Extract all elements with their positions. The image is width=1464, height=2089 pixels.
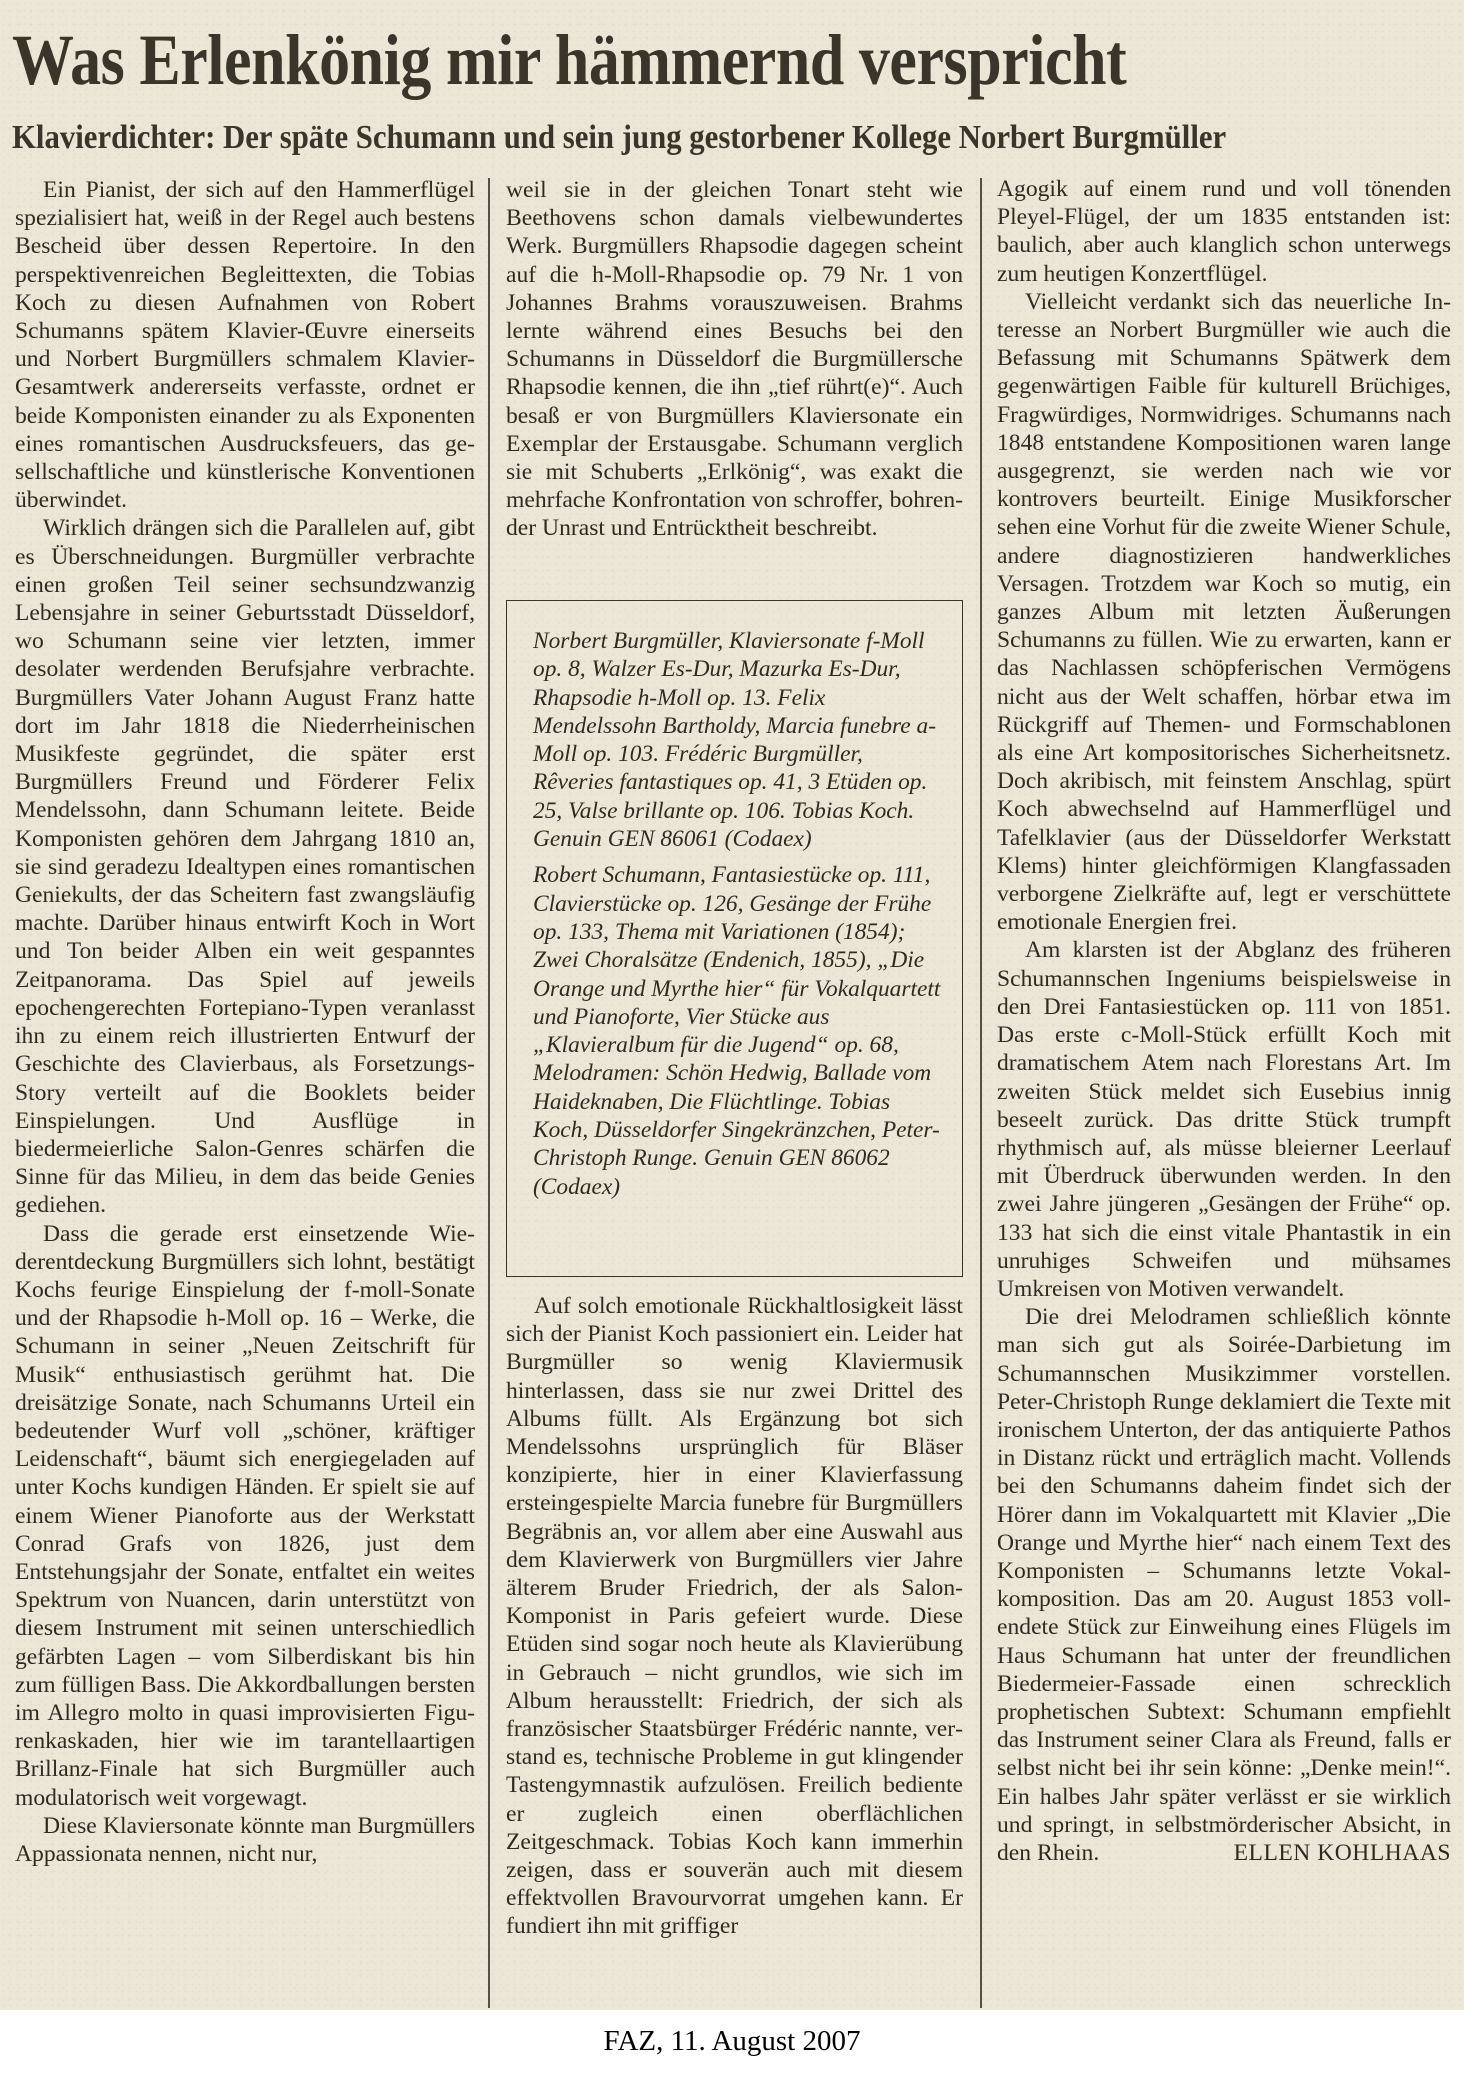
subheadline: Klavierdichter: Der späte Schumann und s… [12, 118, 1406, 158]
discography-entry: Robert Schumann, Fantasiestücke op. 111,… [533, 861, 944, 1201]
paragraph: Vielleicht verdankt sich das neuerliche … [997, 288, 1451, 937]
paragraph-with-byline: Die drei Melodramen schließlich könn­te … [997, 1303, 1451, 1867]
discography-box: Norbert Burgmüller, Klaviersonate f-Moll… [506, 600, 963, 1277]
paragraph: Die drei Melodramen schließlich könn­te … [997, 1304, 1451, 1866]
author-byline: ELLEN KOHLHAAS [1206, 1839, 1451, 1867]
paragraph: Dass die gerade erst einsetzende Wie­der… [15, 1220, 475, 1812]
newspaper-clipping: Was Erlenkönig mir hämmernd verspricht K… [0, 0, 1464, 2010]
discography-entry: Norbert Burgmüller, Klaviersonate f-Moll… [533, 627, 944, 853]
article-column-3: Agogik auf einem rund und voll tönenden … [997, 175, 1451, 1867]
column-divider [980, 178, 982, 2008]
paragraph: Auf solch emotionale Rückhaltlosigkeit l… [506, 1292, 963, 1941]
article-column-2-top: weil sie in der gleichen Tonart steht wi… [506, 176, 963, 543]
article-column-1: Ein Pianist, der sich auf den Hammerflü­… [15, 176, 475, 1868]
paragraph: weil sie in der gleichen Tonart steht wi… [506, 176, 963, 543]
article-column-2-bottom: Auf solch emotionale Rückhaltlosigkeit l… [506, 1292, 963, 1941]
column-divider [488, 178, 490, 2008]
paragraph: Agogik auf einem rund und voll tönenden … [997, 175, 1451, 288]
source-caption: FAZ, 11. August 2007 [0, 2025, 1464, 2058]
paragraph: Diese Klaviersonate könnte man Burg­müll… [15, 1812, 475, 1868]
headline: Was Erlenkönig mir hämmernd verspricht [12, 20, 1250, 100]
paragraph: Am klarsten ist der Abglanz des frühe­re… [997, 936, 1451, 1303]
paragraph: Wirklich drängen sich die Parallelen auf… [15, 514, 475, 1219]
paragraph: Ein Pianist, der sich auf den Hammerflü­… [15, 176, 475, 514]
